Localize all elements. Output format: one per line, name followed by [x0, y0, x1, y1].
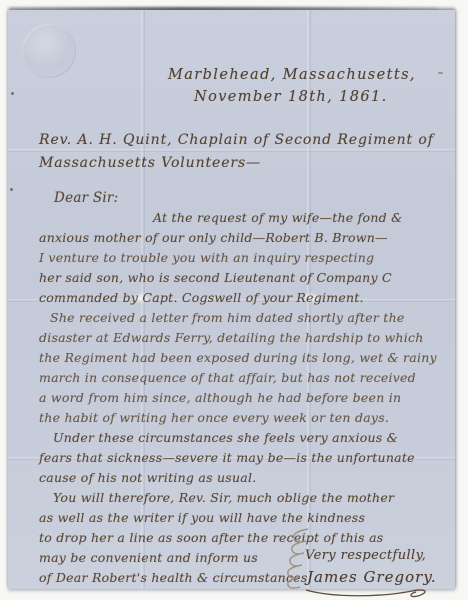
embossed-stationer-mark — [22, 24, 76, 78]
letter-line: a word from him since, although he had b… — [39, 390, 401, 405]
letter-line: as well as the writer if you will have t… — [39, 510, 365, 525]
letter-line: anxious mother of our only child—Robert … — [39, 230, 388, 245]
letter-line: Under these circumstances she feels very… — [53, 430, 398, 445]
letter-line: disaster at Edwards Ferry, detailing the… — [39, 330, 424, 345]
valediction: Very respectfully, — [305, 548, 426, 563]
letter-line: cause of his not writing as usual. — [39, 470, 256, 485]
letter-line: You will therefore, Rev. Sir, much oblig… — [53, 490, 394, 505]
letter-line: to drop her a line as soon after the rec… — [39, 530, 383, 545]
scanned-letter: Marblehead, Massachusetts, November 18th… — [0, 0, 468, 600]
salutation: Dear Sir: — [54, 190, 118, 206]
letter-line: She received a letter from him dated sho… — [50, 310, 405, 325]
letter-page: Marblehead, Massachusetts, November 18th… — [8, 10, 455, 589]
signature-underline-flourish — [304, 584, 434, 600]
recipient-line-1: Rev. A. H. Quint, Chaplain of Second Reg… — [39, 132, 434, 148]
letter-line: At the request of my wife—the fond & — [153, 210, 402, 225]
ink-speck — [10, 188, 13, 191]
letter-line: commanded by Capt. Cogswell of your Regi… — [39, 290, 364, 305]
letter-line: of Dear Robert's health & circumstances — [39, 570, 308, 585]
letter-line: march in consequence of that affair, but… — [39, 370, 416, 385]
dateline-date: November 18th, 1861. — [194, 89, 388, 105]
letter-line: may be convenient and inform us — [39, 550, 258, 565]
letter-line: the Regiment had been exposed during its… — [39, 350, 437, 365]
recipient-line-2: Massachusetts Volunteers— — [39, 155, 261, 171]
letter-line: her said son, who is second Lieutenant o… — [39, 270, 392, 285]
ink-speck — [11, 92, 14, 95]
letter-line: I venture to trouble you with an inquiry… — [39, 250, 374, 265]
horizontal-fold-line — [8, 149, 455, 152]
dateline-place: Marblehead, Massachusetts, — [168, 67, 416, 83]
letter-line: fears that sickness—severe it may be—is … — [39, 450, 415, 465]
letter-line: the habit of writing her once every week… — [39, 410, 389, 425]
ink-speck — [438, 72, 443, 74]
